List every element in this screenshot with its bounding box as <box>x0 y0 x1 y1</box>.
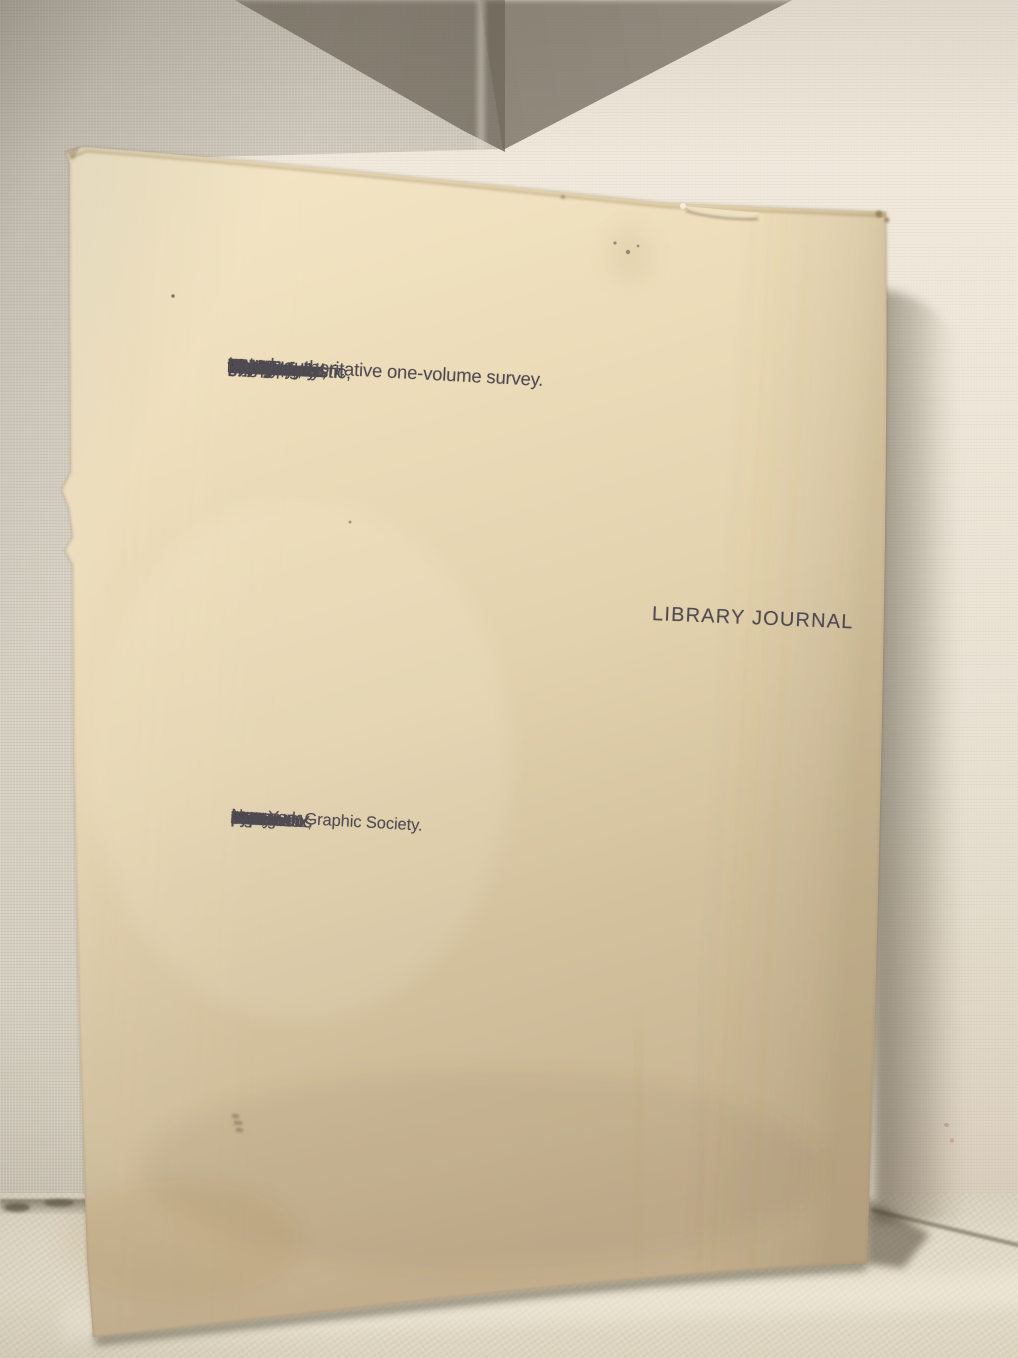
photo-scene: Germanart,whetherGothic,expressionistic,… <box>0 0 1018 1358</box>
paper-stain <box>606 225 654 285</box>
book-floor-pocket-shadow <box>866 1198 930 1268</box>
ink-speck <box>171 294 175 298</box>
ink-speck <box>613 241 616 244</box>
top-right-corner-chip <box>876 211 883 218</box>
top-right-corner-chip <box>885 218 890 223</box>
top-edge-nick <box>561 195 565 199</box>
ink-speck <box>637 245 640 248</box>
paper-mottling <box>60 1180 300 1300</box>
tear-crack-highlight <box>680 203 686 209</box>
book-back-cover <box>0 0 1018 1358</box>
paper-light-zone <box>90 500 510 1020</box>
ink-speck <box>349 521 352 524</box>
ink-speck <box>626 250 630 254</box>
